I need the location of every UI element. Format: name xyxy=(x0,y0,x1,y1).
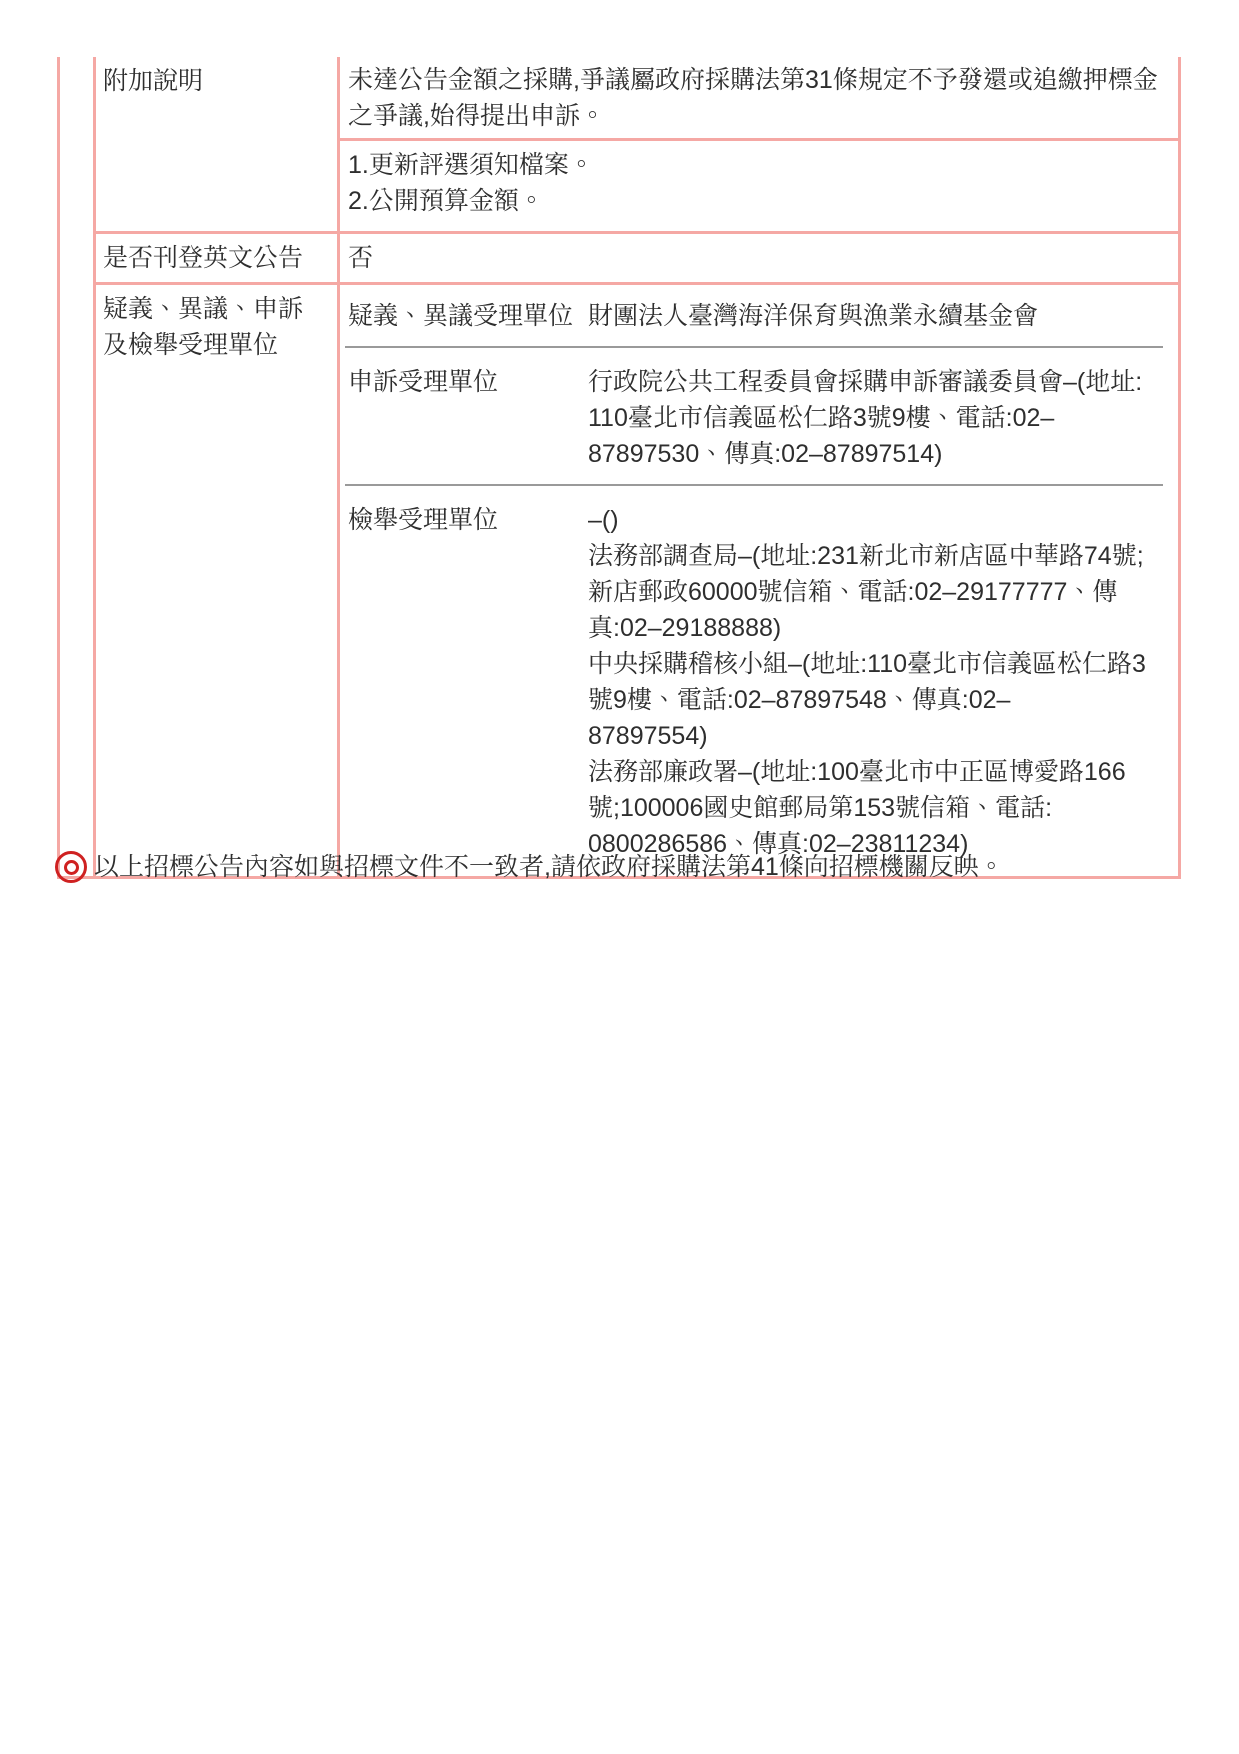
table-row-dispute-units: 疑義、異議、申訴及檢舉受理單位 疑義、異議受理單位 財團法人臺灣海洋保育與漁業永… xyxy=(96,282,1178,876)
footer-note: 以上招標公告內容如與招標文件不一致者,請依政府採購法第41條向招標機關反映。 xyxy=(55,849,1185,885)
report-unit-value: –() 法務部調查局–(地址:231新北市新店區中華路74號; 新店郵政6000… xyxy=(588,502,1170,862)
inner-row-objection-unit: 疑義、異議受理單位 財團法人臺灣海洋保育與漁業永續基金會 xyxy=(340,285,1178,346)
objection-unit-value: 財團法人臺灣海洋保育與漁業永續基金會 xyxy=(588,298,1170,334)
additional-notes-section-2: 1.更新評選須知檔案。 2.公開預算金額。 xyxy=(340,138,1178,231)
report-unit-label: 檢舉受理單位 xyxy=(348,502,588,862)
footer-note-text: 以上招標公告內容如與招標文件不一致者,請依政府採購法第41條向招標機關反映。 xyxy=(94,849,1004,885)
row-label-dispute-units: 疑義、異議、申訴及檢舉受理單位 xyxy=(96,285,340,876)
double-circle-icon-inner xyxy=(64,860,79,875)
row-label-additional-notes: 附加說明 xyxy=(96,57,340,231)
objection-unit-label: 疑義、異議受理單位 xyxy=(348,298,588,334)
row-content-dispute-units: 疑義、異議受理單位 財團法人臺灣海洋保育與漁業永續基金會 申訴受理單位 行政院公… xyxy=(340,285,1178,876)
tender-table-grid: 附加說明 未達公告金額之採購,爭議屬政府採購法第31條規定不予發還或追繳押標金 … xyxy=(93,57,1181,876)
table-row-english-notice: 是否刊登英文公告 否 xyxy=(96,231,1178,282)
tender-notice-table: 附加說明 未達公告金額之採購,爭議屬政府採購法第31條規定不予發還或追繳押標金 … xyxy=(57,57,1181,879)
inner-row-appeal-unit: 申訴受理單位 行政院公共工程委員會採購申訴審議委員會–(地址: 110臺北市信義… xyxy=(340,348,1178,484)
inner-row-report-unit: 檢舉受理單位 –() 法務部調查局–(地址:231新北市新店區中華路74號; 新… xyxy=(340,486,1178,876)
row-content-additional-notes: 未達公告金額之採購,爭議屬政府採購法第31條規定不予發還或追繳押標金 之爭議,始… xyxy=(340,57,1178,231)
double-circle-icon xyxy=(55,851,87,883)
appeal-unit-value: 行政院公共工程委員會採購申訴審議委員會–(地址: 110臺北市信義區松仁路3號9… xyxy=(588,364,1170,472)
appeal-unit-label: 申訴受理單位 xyxy=(348,364,588,472)
table-row-additional-notes: 附加說明 未達公告金額之採購,爭議屬政府採購法第31條規定不予發還或追繳押標金 … xyxy=(96,57,1178,231)
row-content-english-notice: 否 xyxy=(340,234,1178,282)
english-notice-value: 否 xyxy=(340,234,1178,282)
row-label-english-notice: 是否刊登英文公告 xyxy=(96,234,340,282)
additional-notes-section-1: 未達公告金額之採購,爭議屬政府採購法第31條規定不予發還或追繳押標金 之爭議,始… xyxy=(340,57,1178,138)
